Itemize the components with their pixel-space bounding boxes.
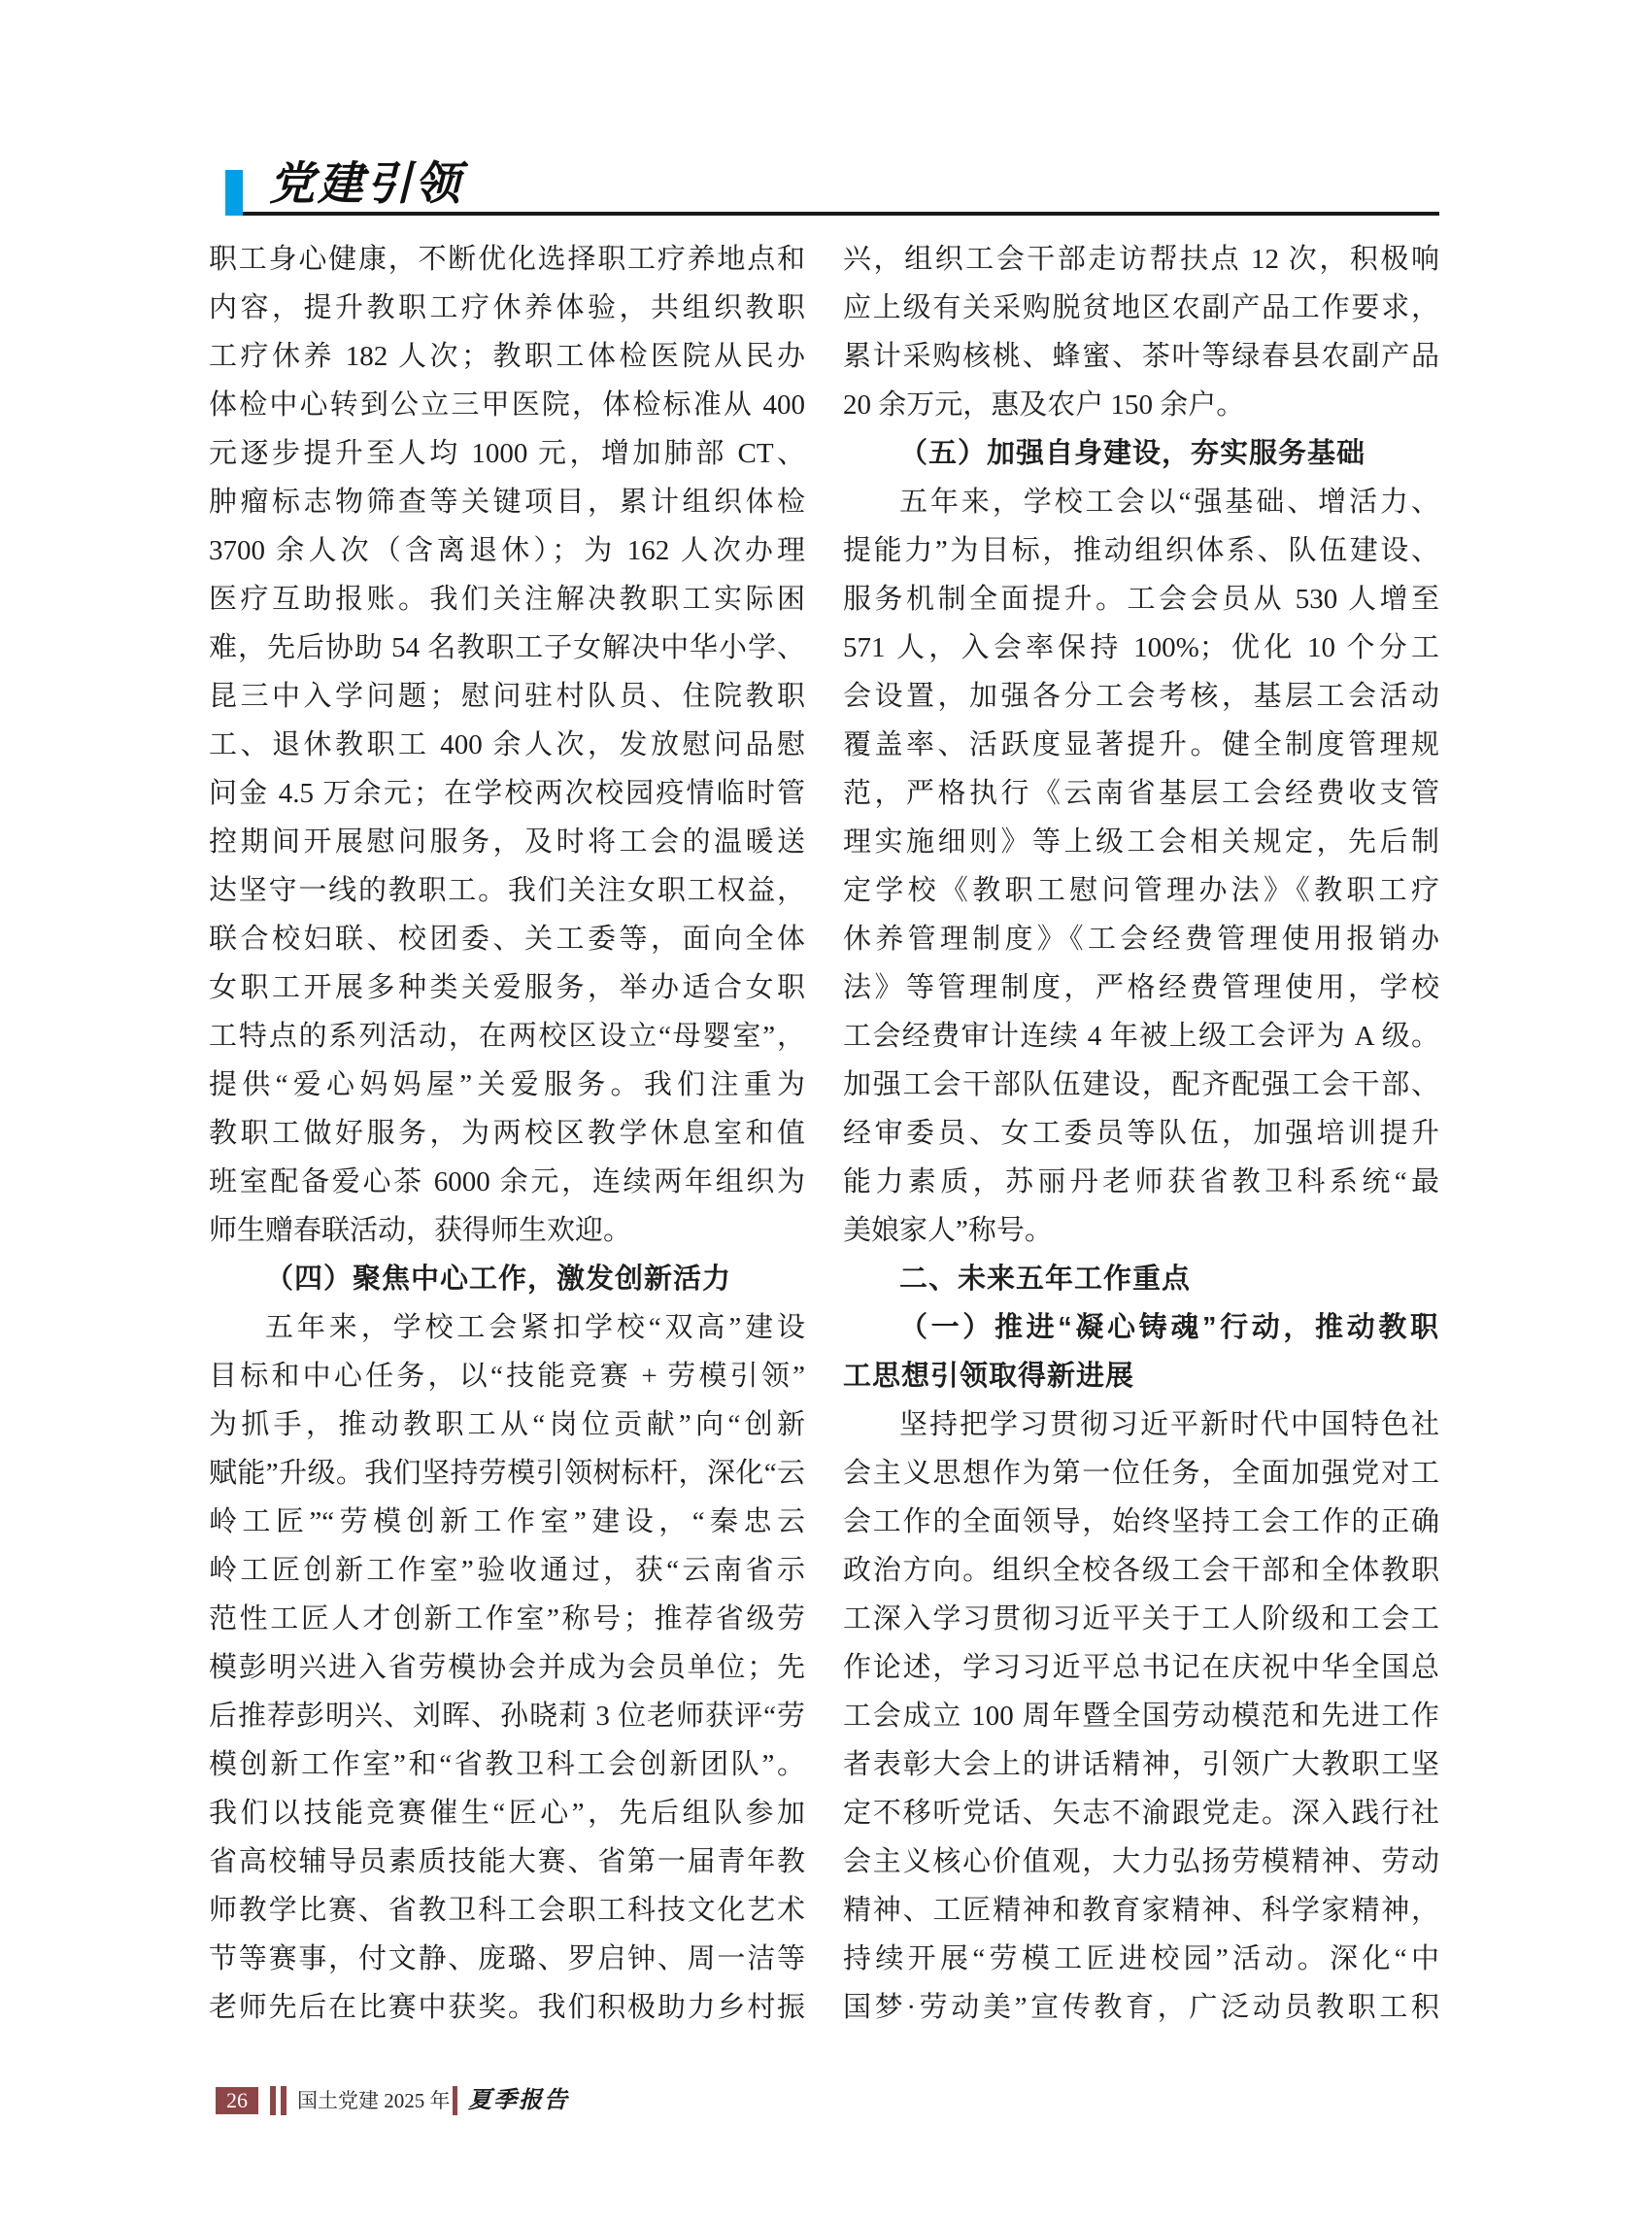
text-line: 定学校《教职工慰问管理办法》《教职工疗 [843, 866, 1439, 915]
text-line: 作论述，学习习近平总书记在庆祝中华全国总 [843, 1643, 1439, 1692]
text-line: 能力素质，苏丽丹老师获省教卫科系统“最 [843, 1158, 1439, 1206]
text-line: 控期间开展慰问服务，及时将工会的温暖送 [209, 818, 805, 866]
text-line: 者表彰大会上的讲话精神，引领广大教职工坚 [843, 1740, 1439, 1789]
text-line: 医疗互助报账。我们关注解决教职工实际困 [209, 575, 805, 624]
text-line: 工会成立 100 周年暨全国劳动模范和先进工作 [843, 1692, 1439, 1740]
text-line: 师教学比赛、省教卫科工会职工科技文化艺术 [209, 1886, 805, 1935]
text-line: 达坚守一线的教职工。我们关注女职工权益， [209, 866, 805, 915]
text-line: 服务机制全面提升。工会会员从 530 人增至 [843, 575, 1439, 624]
footer-issue: 夏季报告 [468, 2084, 569, 2117]
text-line: 职工身心健康，不断优化选择职工疗养地点和 [209, 235, 805, 284]
text-line: 目标和中心任务，以“技能竞赛 + 劳模引领” [209, 1352, 805, 1400]
text-line: 美娘家人”称号。 [843, 1206, 1439, 1255]
text-line: 岭工匠”“劳模创新工作室”建设，“秦忠云 [209, 1498, 805, 1546]
text-line: 提能力”为目标，推动组织体系、队伍建设、 [843, 526, 1439, 575]
footer-divider-bar [281, 2086, 287, 2115]
text-line: 应上级有关采购脱贫地区农副产品工作要求， [843, 284, 1439, 332]
text-line: 工深入学习贯彻习近平关于工人阶级和工会工 [843, 1595, 1439, 1643]
text-line: 会设置，加强各分工会考核，基层工会活动 [843, 672, 1439, 721]
text-line: 难，先后协助 54 名教职工子女解决中华小学、 [209, 624, 805, 672]
text-line: 我们以技能竞赛催生“匠心”，先后组队参加 [209, 1789, 805, 1837]
text-line: 工会经费审计连续 4 年被上级工会评为 A 级。 [843, 1012, 1439, 1061]
text-line: 五年来，学校工会紧扣学校“双高”建设 [209, 1303, 805, 1352]
text-line: 元逐步提升至人均 1000 元，增加肺部 CT、 [209, 429, 805, 478]
text-line: 理实施细则》等上级工会相关规定，先后制 [843, 818, 1439, 866]
footer-publication: 国土党建 2025 年 [297, 2086, 451, 2115]
text-line: 范性工匠人才创新工作室”称号；推荐省级劳 [209, 1595, 805, 1643]
text-line: 省高校辅导员素质技能大赛、省第一届青年教 [209, 1837, 805, 1886]
text-line: 会主义思想作为第一位任务，全面加强党对工 [843, 1449, 1439, 1498]
text-line: 模彭明兴进入省劳模协会并成为会员单位；先 [209, 1643, 805, 1692]
document-page: 党建引领 职工身心健康，不断优化选择职工疗养地点和内容，提升教职工疗休养体验，共… [0, 0, 1652, 2225]
text-line: 昆三中入学问题；慰问驻村队员、住院教职 [209, 672, 805, 721]
text-line: 女职工开展多种类关爱服务，举办适合女职 [209, 963, 805, 1012]
text-line: 后推荐彭明兴、刘晖、孙晓莉 3 位老师获评“劳 [209, 1692, 805, 1740]
text-line: 经审委员、女工委员等队伍，加强培训提升 [843, 1109, 1439, 1158]
text-line: 提供“爱心妈妈屋”关爱服务。我们注重为 [209, 1061, 805, 1109]
text-line: 571 人，入会率保持 100%；优化 10 个分工 [843, 624, 1439, 672]
text-line: 兴，组织工会干部走访帮扶点 12 次，积极响 [843, 235, 1439, 284]
text-line: 覆盖率、活跃度显著提升。健全制度管理规 [843, 721, 1439, 769]
text-line: 师生赠春联活动，获得师生欢迎。 [209, 1206, 805, 1255]
text-line: 为抓手，推动教职工从“岗位贡献”向“创新 [209, 1400, 805, 1449]
text-line: （一）推进“凝心铸魂”行动，推动教职 [843, 1303, 1439, 1352]
text-line: 五年来，学校工会以“强基础、增活力、 [843, 478, 1439, 526]
text-line: 国梦·劳动美”宣传教育，广泛动员教职工积 [843, 1983, 1439, 2032]
section-kicker: 党建引领 [269, 155, 463, 214]
text-line: 体检中心转到公立三甲医院，体检标准从 400 [209, 381, 805, 429]
text-line: 工、退休教职工 400 余人次，发放慰问品慰 [209, 721, 805, 769]
text-line: 法》等管理制度，严格经费管理使用，学校 [843, 963, 1439, 1012]
text-line: 老师先后在比赛中获奖。我们积极助力乡村振 [209, 1983, 805, 2032]
text-line: 加强工会干部队伍建设，配齐配强工会干部、 [843, 1061, 1439, 1109]
kicker-accent-bar [225, 170, 243, 216]
text-line: 班室配备爱心茶 6000 余元，连续两年组织为 [209, 1158, 805, 1206]
text-line: 节等赛事，付文静、庞璐、罗启钟、周一洁等 [209, 1935, 805, 1983]
text-line: 精神、工匠精神和教育家精神、科学家精神， [843, 1886, 1439, 1935]
text-line: 教职工做好服务，为两校区教学休息室和值 [209, 1109, 805, 1158]
text-line: （四）聚焦中心工作，激发创新活力 [209, 1255, 805, 1303]
text-line: 工特点的系列活动，在两校区设立“母婴室”， [209, 1012, 805, 1061]
page-number-badge: 26 [216, 2087, 258, 2114]
text-line: 工思想引领取得新进展 [843, 1352, 1439, 1400]
text-line: 赋能”升级。我们坚持劳模引领树标杆，深化“云 [209, 1449, 805, 1498]
text-line: 联合校妇联、校团委、关工委等，面向全体 [209, 915, 805, 963]
text-line: 持续开展“劳模工匠进校园”活动。深化“中 [843, 1935, 1439, 1983]
text-line: 二、未来五年工作重点 [843, 1255, 1439, 1303]
text-line: 坚持把学习贯彻习近平新时代中国特色社 [843, 1400, 1439, 1449]
text-line: 政治方向。组织全校各级工会干部和全体教职 [843, 1546, 1439, 1595]
text-line: 模创新工作室”和“省教卫科工会创新团队”。 [209, 1740, 805, 1789]
text-line: 累计采购核桃、蜂蜜、茶叶等绿春县农副产品 [843, 332, 1439, 381]
text-line: 定不移听党话、矢志不渝跟党走。深入践行社 [843, 1789, 1439, 1837]
text-line: 肿瘤标志物筛查等关键项目，累计组织体检 [209, 478, 805, 526]
text-line: 20 余万元，惠及农户 150 余户。 [843, 381, 1439, 429]
text-line: 内容，提升教职工疗休养体验，共组织教职 [209, 284, 805, 332]
text-line: 会主义核心价值观，大力弘扬劳模精神、劳动 [843, 1837, 1439, 1886]
text-line: 问金 4.5 万余元；在学校两次校园疫情临时管 [209, 769, 805, 818]
text-line: （五）加强自身建设，夯实服务基础 [843, 429, 1439, 478]
header-rule [243, 212, 1439, 216]
text-line: 工疗休养 182 人次；教职工体检医院从民办 [209, 332, 805, 381]
text-line: 范，严格执行《云南省基层工会经费收支管 [843, 769, 1439, 818]
footer-divider-bar [270, 2086, 276, 2115]
left-text-column: 职工身心健康，不断优化选择职工疗养地点和内容，提升教职工疗休养体验，共组织教职工… [209, 235, 805, 2032]
text-line: 会工作的全面领导，始终坚持工会工作的正确 [843, 1498, 1439, 1546]
text-line: 休养管理制度》《工会经费管理使用报销办 [843, 915, 1439, 963]
text-line: 岭工匠创新工作室”验收通过，获“云南省示 [209, 1546, 805, 1595]
right-text-column: 兴，组织工会干部走访帮扶点 12 次，积极响应上级有关采购脱贫地区农副产品工作要… [843, 235, 1439, 2032]
footer-divider-bar [453, 2086, 457, 2115]
text-line: 3700 余人次（含离退休）；为 162 人次办理 [209, 526, 805, 575]
